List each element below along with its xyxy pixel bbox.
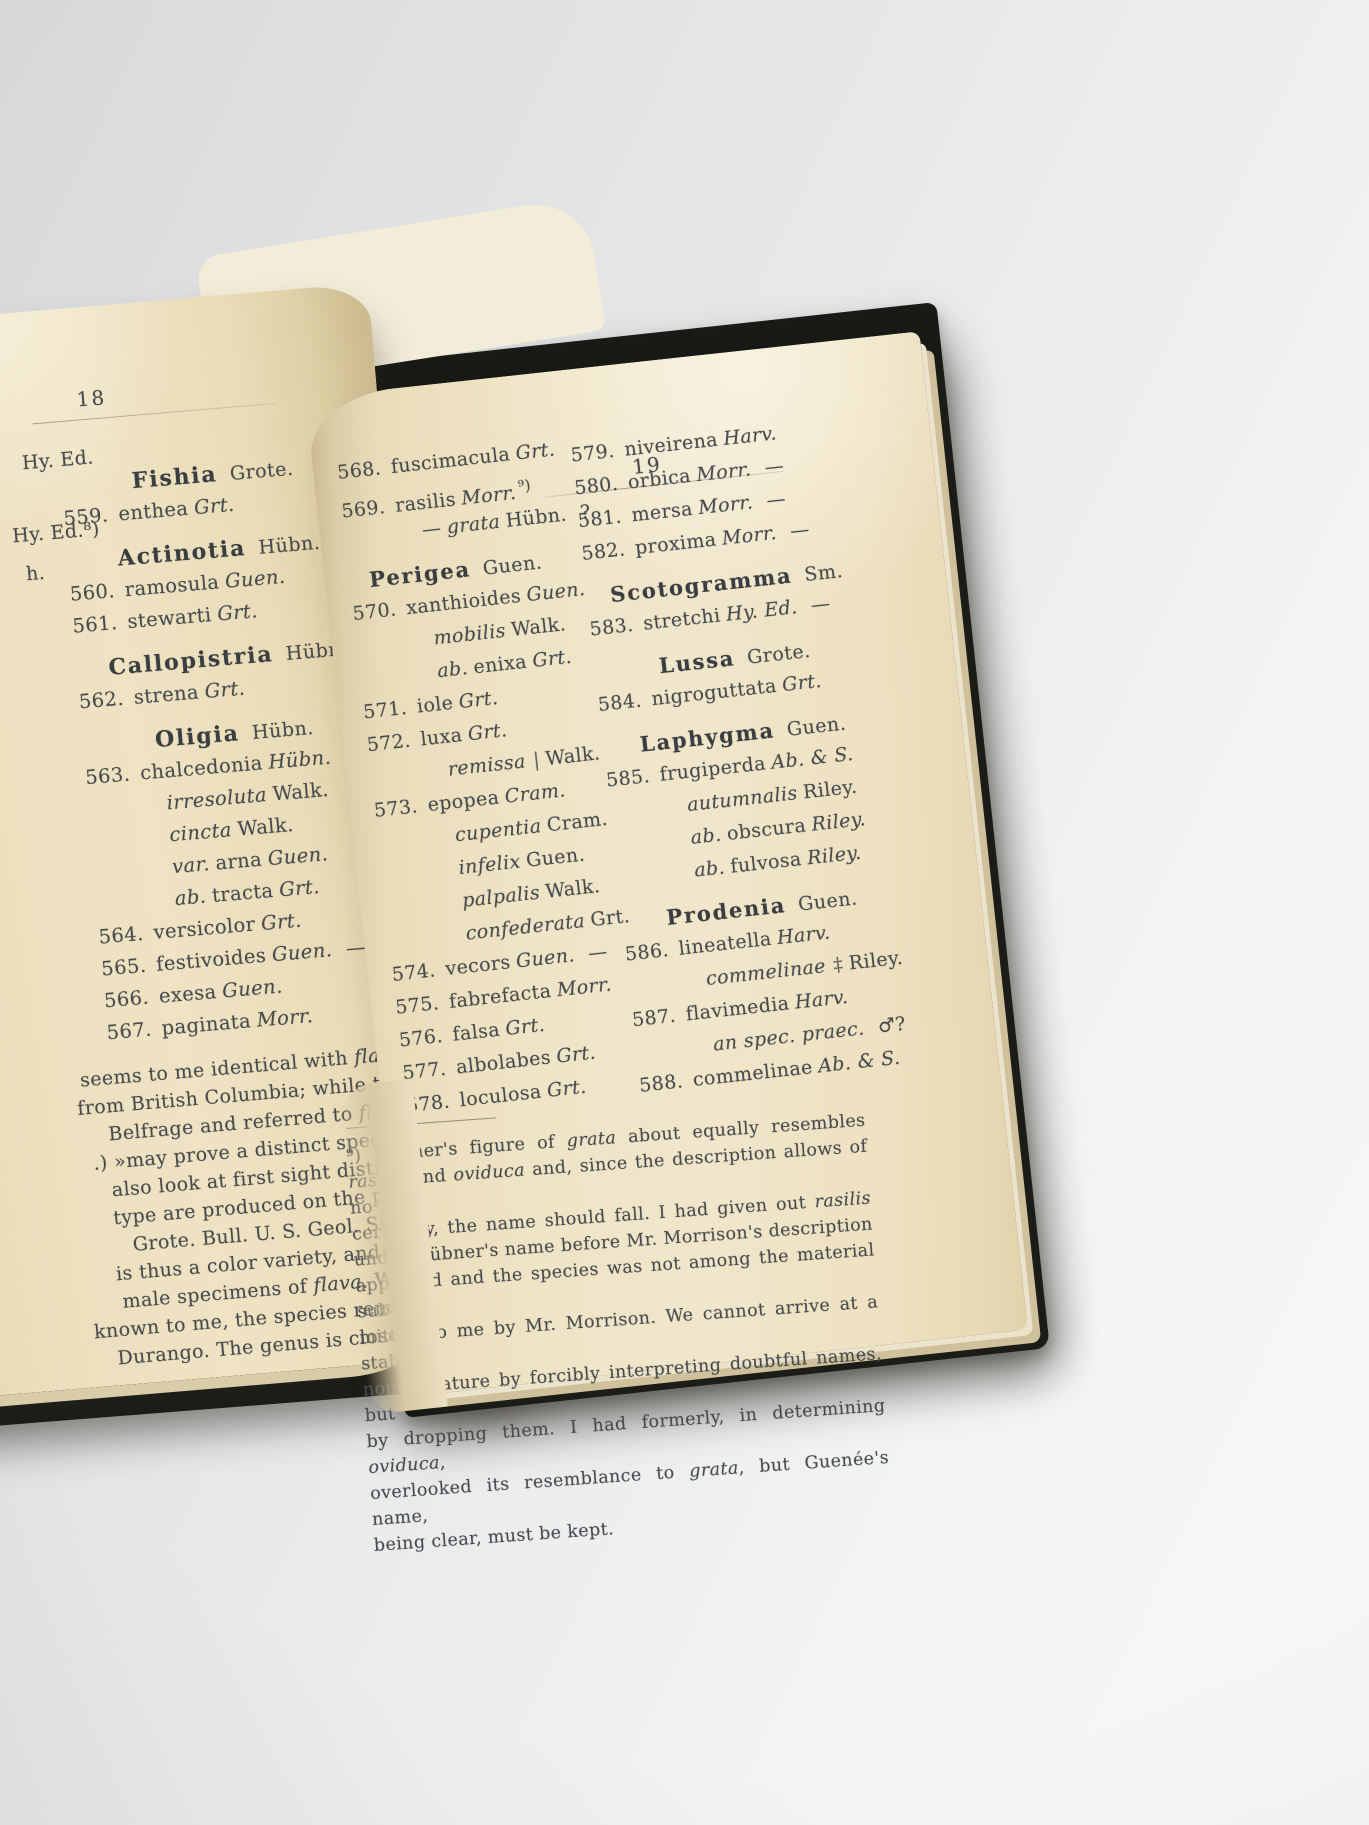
- suffix-mark: —: [789, 518, 811, 542]
- species-name: loculosa: [459, 1081, 543, 1112]
- author-name: Ab. & S.: [817, 1047, 901, 1078]
- species-name: flavimedia: [685, 992, 791, 1025]
- author-name: Walk.: [544, 875, 601, 903]
- species-name: ramosula: [124, 570, 220, 601]
- species-name: stretchi: [642, 604, 721, 634]
- species-name: festivoides: [155, 944, 267, 976]
- species-name: cincta: [168, 818, 232, 846]
- species-number: 579.: [563, 435, 616, 473]
- species-name: mobilis: [433, 620, 507, 650]
- species-name: enthea: [117, 497, 189, 526]
- margin-fragment: h.: [25, 562, 46, 586]
- separator-mark: ‡: [832, 953, 844, 976]
- text-segment: grata: [689, 1458, 740, 1481]
- species-number: 570.: [345, 593, 398, 631]
- species-name: irresoluta: [166, 783, 268, 814]
- species-name: enixa: [472, 651, 528, 679]
- species-name: vecors: [444, 951, 511, 980]
- author-name: Grt.: [216, 599, 258, 625]
- author-name: Morr.: [556, 973, 613, 1001]
- author-name: Grt.: [467, 719, 509, 745]
- species-name: epopea: [426, 786, 500, 816]
- species-number: 561.: [66, 607, 119, 643]
- author-name: Hübn.: [505, 503, 568, 531]
- author-name: Morr.: [695, 458, 752, 486]
- footnote-marker: ⁹): [517, 476, 532, 495]
- species-number: 567.: [100, 1014, 153, 1050]
- species-name: falsa: [451, 1019, 501, 1046]
- author-name: Walk.: [272, 778, 330, 806]
- species-number: 574.: [384, 954, 437, 992]
- species-name: commelinae: [692, 1056, 814, 1091]
- author-name: Grt.: [458, 687, 500, 713]
- species-number: 576.: [391, 1020, 444, 1058]
- species-name: strena: [133, 680, 200, 708]
- species-number: 581.: [570, 501, 623, 539]
- species-number: 587.: [624, 1000, 677, 1038]
- species-number: 580.: [567, 468, 620, 506]
- species-name: chalcedonia: [139, 751, 263, 784]
- species-name: orbica: [627, 465, 692, 494]
- species-name: proxima: [634, 528, 718, 559]
- species-number: 562.: [73, 683, 126, 719]
- genus-author: Grote.: [746, 640, 812, 669]
- genus-name: Oligia: [154, 720, 241, 753]
- author-name: Guen.: [525, 844, 586, 872]
- species-name: stewarti: [126, 603, 212, 633]
- species-number: 578.: [398, 1086, 451, 1124]
- species-number: 565.: [95, 950, 148, 986]
- species-number: 575.: [388, 987, 441, 1025]
- species-name: lineatella: [677, 928, 772, 960]
- qualifier: —: [421, 517, 443, 541]
- species-name: arna: [214, 848, 262, 875]
- qualifier: ab.: [436, 657, 469, 682]
- author-name: Riley.: [810, 808, 866, 836]
- genus-author: Sm.: [803, 560, 844, 586]
- author-name: Grt.: [546, 1076, 588, 1102]
- author-name: Harv.: [722, 422, 778, 450]
- author-name: Grt.: [193, 493, 235, 519]
- species-name: tracta: [211, 879, 274, 907]
- text-segment: oviduca: [368, 1453, 441, 1478]
- author-name: Grt.: [260, 909, 302, 935]
- genus-author: Hübn.: [251, 717, 314, 744]
- author-name: Harv.: [776, 921, 832, 949]
- author-name: Guen.: [224, 565, 286, 593]
- author-name: Hübn.: [267, 746, 332, 774]
- species-number: 585.: [598, 760, 651, 798]
- species-name: remissa: [447, 750, 527, 780]
- species-name: fulvosa: [729, 848, 802, 878]
- author-name: Grt.: [555, 1041, 597, 1067]
- species-name: infelix: [457, 850, 521, 879]
- qualifier: var.: [171, 852, 210, 878]
- species-name: exesa: [158, 980, 217, 1008]
- species-name: grata: [446, 511, 502, 539]
- species-name: versicolor: [153, 913, 257, 944]
- author-name: Grt.: [531, 646, 573, 672]
- species-number: 564.: [92, 918, 145, 954]
- species-name: palpalis: [461, 882, 541, 912]
- author-name: Guen.: [525, 578, 586, 606]
- author-name: Morr.: [256, 1004, 314, 1032]
- species-number: 583.: [582, 609, 635, 647]
- species-number: 573.: [366, 790, 419, 828]
- author-name: Guen.: [267, 842, 329, 870]
- qualifier: ab.: [690, 824, 723, 849]
- author-name: Morr.: [721, 522, 778, 550]
- text-segment: rasilis: [348, 1169, 406, 1193]
- author-name: Guen.: [271, 938, 333, 966]
- species-number: 588.: [632, 1065, 685, 1103]
- separator-mark: |: [532, 749, 541, 772]
- genus-name: Lussa: [658, 645, 737, 678]
- species-number: 560.: [64, 575, 117, 611]
- species-name: frugiperda: [659, 752, 767, 785]
- text-segment: grata: [566, 1128, 617, 1151]
- suffix-mark: —: [765, 488, 787, 512]
- author-name: Grt.: [514, 438, 556, 464]
- species-name: iole: [416, 692, 455, 718]
- text-segment: and: [404, 1166, 454, 1189]
- species-number: 577.: [395, 1053, 448, 1091]
- genus-author: Guen.: [797, 887, 858, 915]
- suffix-mark: —: [764, 455, 786, 479]
- author-name: Riley.: [802, 776, 858, 804]
- suffix-mark: —: [587, 941, 609, 965]
- author-name: Grt.: [278, 875, 320, 901]
- author-name: Riley.: [806, 842, 862, 870]
- species-name: paginata: [161, 1009, 252, 1039]
- photo-background: 18 Hy. Ed.Hy. Ed.⁸)h. FishiaGrote.559.en…: [0, 0, 1369, 1825]
- author-name: Ab. & S.: [770, 743, 854, 774]
- species-name: mersa: [630, 498, 693, 527]
- species-number: 586.: [617, 934, 670, 972]
- qualifier: ab.: [174, 885, 207, 911]
- species-number: 584.: [590, 685, 643, 723]
- species-number: 568.: [330, 452, 383, 490]
- author-name: Cram.: [504, 779, 567, 807]
- text-segment: oviduca: [453, 1161, 526, 1186]
- species-number: 559.: [57, 499, 110, 535]
- author-name: Riley.: [848, 947, 904, 975]
- species-name: cupentia: [454, 815, 543, 846]
- author-name: Guen.: [515, 944, 576, 972]
- text-segment: ,: [439, 1453, 446, 1473]
- author-name: Cram.: [546, 808, 609, 836]
- author-name: Hy. Ed.: [725, 596, 799, 626]
- genus-author: Guen.: [786, 713, 847, 741]
- author-name: Grt.: [504, 1014, 546, 1040]
- suffix-mark: ♂?: [877, 1013, 907, 1038]
- author-name: Guen.: [221, 974, 283, 1002]
- species-number: 572.: [359, 725, 412, 763]
- genus-author: Grote.: [229, 458, 294, 485]
- genus-author: Guen.: [482, 551, 543, 579]
- author-name: Walk.: [510, 613, 567, 641]
- author-name: Harv.: [794, 986, 850, 1014]
- species-name: luxa: [419, 724, 463, 750]
- author-name: Grt.: [204, 677, 246, 703]
- right-page: 19 568.fuscimaculaGrt.569.rasilisMorr.⁹)…: [305, 331, 1028, 1396]
- author-name: Grt.: [781, 670, 823, 696]
- species-name: albolabes: [455, 1046, 552, 1078]
- species-name: niveirena: [623, 429, 719, 461]
- author-name: Walk.: [544, 742, 601, 770]
- species-name: obscura: [726, 814, 807, 844]
- species-name: fabrefacta: [448, 980, 553, 1013]
- footnote: ⁹) Hübner's figure of grata about equall…: [346, 1108, 894, 1559]
- text-segment: rasilis: [814, 1188, 872, 1212]
- genus-author: Hübn.: [258, 532, 321, 559]
- author-name: Morr.: [697, 491, 754, 519]
- suffix-mark: —: [810, 593, 832, 617]
- species-number: 582.: [574, 533, 627, 571]
- species-number: 563.: [79, 758, 132, 794]
- author-name: Walk.: [237, 813, 295, 841]
- species-number: 566.: [98, 982, 151, 1018]
- qualifier: ab.: [693, 856, 726, 881]
- species-number: 571.: [356, 692, 409, 730]
- genus-name: Fishia: [131, 461, 219, 494]
